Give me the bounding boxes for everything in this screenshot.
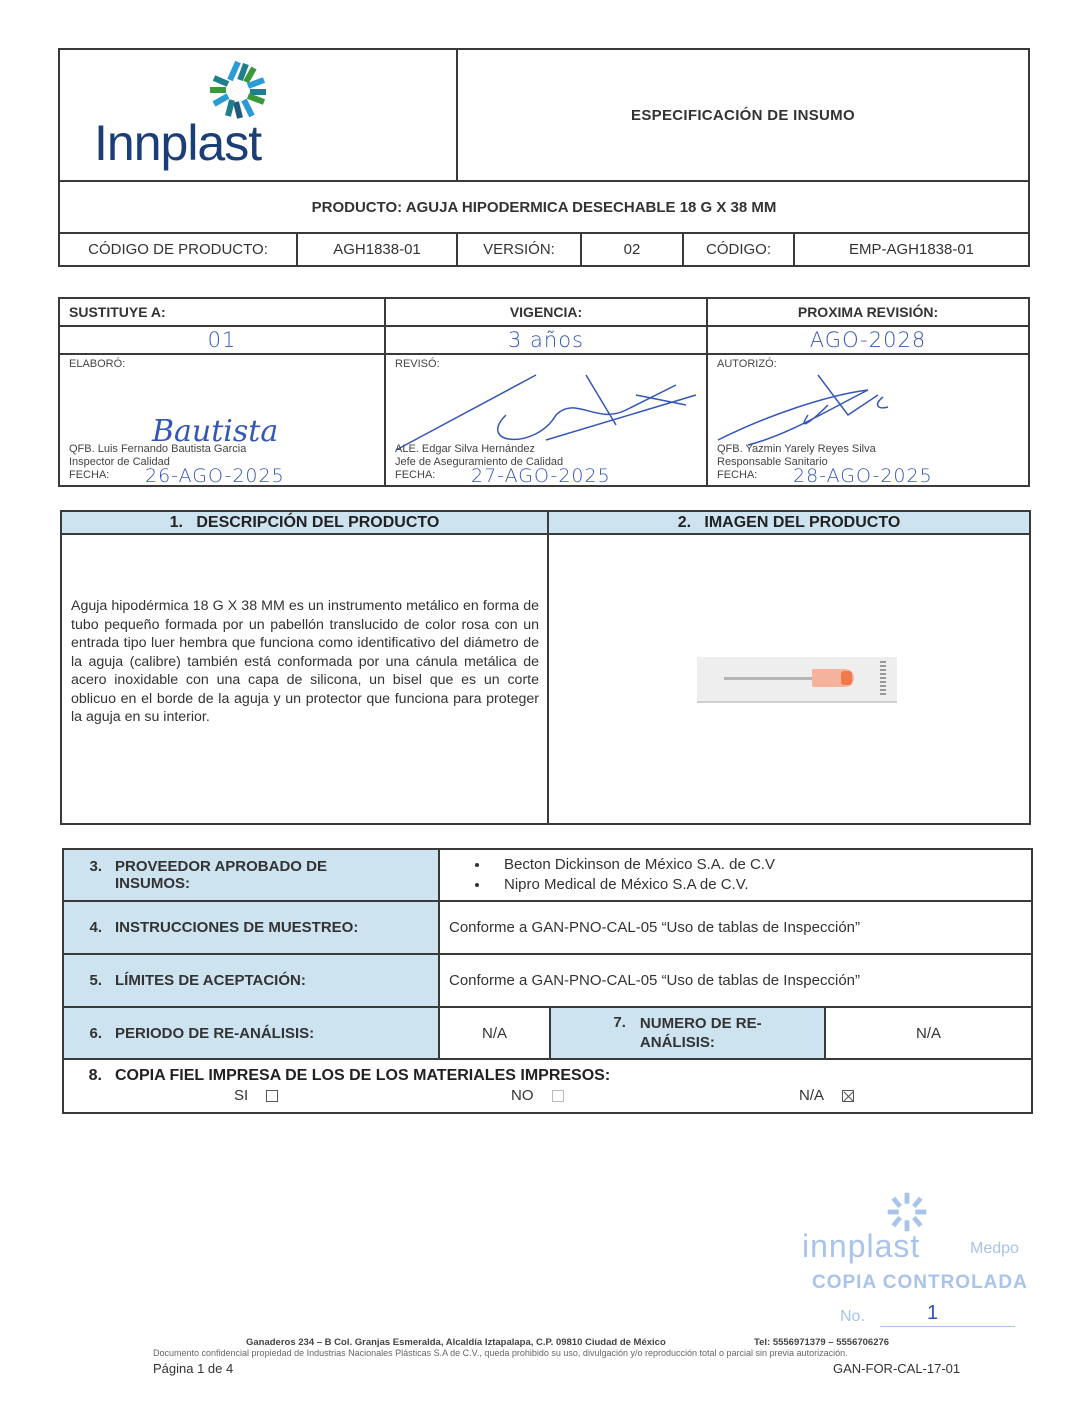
footer-confidential: Documento confidencial propiedad de Indu… (153, 1348, 848, 1358)
product-code-label: CÓDIGO DE PRODUCTO: (59, 233, 297, 266)
stamp-partner: Medpo (970, 1240, 1019, 1258)
section-8-row: 8.COPIA FIEL IMPRESA DE LOS DE LOS MATER… (63, 1059, 1032, 1113)
section-3-label: 3. PROVEEDOR APROBADO DEINSUMOS: (63, 849, 439, 901)
section-1-header: 1. DESCRIPCIÓN DEL PRODUCTO (61, 511, 548, 534)
version-value: 02 (581, 233, 683, 266)
signature-date: 26-AGO-2025 (145, 465, 285, 487)
signature-date: 28-AGO-2025 (793, 465, 933, 487)
document-title: ESPECIFICACIÓN DE INSUMO (457, 49, 1029, 181)
na-checkbox-checked[interactable] (842, 1090, 854, 1102)
signer-name: QFB. Luis Fernando Bautista Garcia (69, 443, 246, 456)
specification-table: 3. PROVEEDOR APROBADO DEINSUMOS: Becton … (62, 848, 1033, 1114)
needle-shaft (724, 677, 814, 680)
section-6-label: 6.PERIODO DE RE-ANÁLISIS: (63, 1007, 439, 1059)
section-4-label: 4.INSTRUCCIONES DE MUESTREO: (63, 901, 439, 954)
approval-table: SUSTITUYE A: VIGENCIA: PROXIMA REVISIÓN:… (58, 297, 1030, 487)
product-image-cell (548, 534, 1030, 824)
next-review-label: PROXIMA REVISIÓN: (707, 298, 1029, 326)
option-na[interactable]: N/A (799, 1087, 854, 1104)
option-no[interactable]: NO (511, 1087, 564, 1104)
product-image (697, 657, 897, 703)
replaces-label: SUSTITUYE A: (59, 298, 385, 326)
reanalysis-period-value: N/A (439, 1007, 550, 1059)
innplast-logo-icon (206, 58, 270, 122)
stamp-number-label: No. (840, 1308, 865, 1326)
signature-block-elaboro: ELABORÓ: Bautista QFB. Luis Fernando Bau… (59, 354, 385, 486)
section-8-label: COPIA FIEL IMPRESA DE LOS DE LOS MATERIA… (115, 1067, 610, 1084)
no-checkbox[interactable] (552, 1090, 564, 1102)
stamp-brand: innplast (802, 1228, 920, 1265)
supplier-item: Nipro Medical de México S.A de C.V. (490, 875, 1031, 895)
approved-suppliers: Becton Dickinson de México S.A. de C.V N… (439, 849, 1032, 901)
version-label: VERSIÓN: (457, 233, 581, 266)
footer-phone: Tel: 5556971379 – 5556706276 (754, 1337, 889, 1348)
supplier-item: Becton Dickinson de México S.A. de C.V (490, 855, 1031, 875)
validity-label: VIGENCIA: (385, 298, 707, 326)
page-number: Página 1 de 4 (153, 1361, 233, 1376)
section-7-label: 7. NUMERO DE RE-ANÁLISIS: (550, 1007, 825, 1059)
next-review-value: AGO-2028 (810, 328, 926, 352)
description-image-table: 1. DESCRIPCIÓN DEL PRODUCTO 2. IMAGEN DE… (60, 510, 1031, 825)
logo-cell: Innplast (59, 49, 457, 181)
code-value: EMP-AGH1838-01 (794, 233, 1029, 266)
option-si[interactable]: SI (234, 1087, 278, 1104)
signature-date: 27-AGO-2025 (471, 465, 611, 487)
logo-text: Innplast (94, 114, 261, 172)
form-code: GAN-FOR-CAL-17-01 (833, 1361, 960, 1376)
replaces-value: 01 (208, 328, 237, 352)
code-label: CÓDIGO: (683, 233, 794, 266)
stamp-number-value: 1 (927, 1302, 938, 1325)
stamp-text: COPIA CONTROLADA (812, 1272, 1028, 1294)
si-checkbox[interactable] (266, 1090, 278, 1102)
product-description: Aguja hipodérmica 18 G X 38 MM es un ins… (71, 597, 539, 727)
validity-value: 3 años (508, 328, 584, 352)
signature-block-reviso: REVISÓ: ALE. Edgar Silva Hernández Jefe … (385, 354, 707, 486)
reanalysis-count-value: N/A (825, 1007, 1032, 1059)
product-title: PRODUCTO: AGUJA HIPODERMICA DESECHABLE 1… (59, 181, 1029, 233)
section-2-header: 2. IMAGEN DEL PRODUCTO (548, 511, 1030, 534)
header-table: Innplast ESPECIFICACIÓN DE INSUMO PRODUC… (58, 48, 1030, 267)
signer-name: QFB. Yazmin Yarely Reyes Silva (717, 443, 876, 456)
product-description-cell: Aguja hipodérmica 18 G X 38 MM es un ins… (61, 534, 548, 824)
signature-block-autorizo: AUTORIZÓ: QFB. Yazmin Yarely Reyes Silva… (707, 354, 1029, 486)
sampling-instructions-value: Conforme a GAN-PNO-CAL-05 “Uso de tablas… (439, 901, 1032, 954)
acceptance-limits-value: Conforme a GAN-PNO-CAL-05 “Uso de tablas… (439, 954, 1032, 1007)
product-code-value: AGH1838-01 (297, 233, 457, 266)
section-5-label: 5.LÍMITES DE ACEPTACIÓN: (63, 954, 439, 1007)
footer-address: Ganaderos 234 – B Col. Granjas Esmeralda… (246, 1337, 666, 1348)
signer-name: ALE. Edgar Silva Hernández (395, 443, 563, 456)
